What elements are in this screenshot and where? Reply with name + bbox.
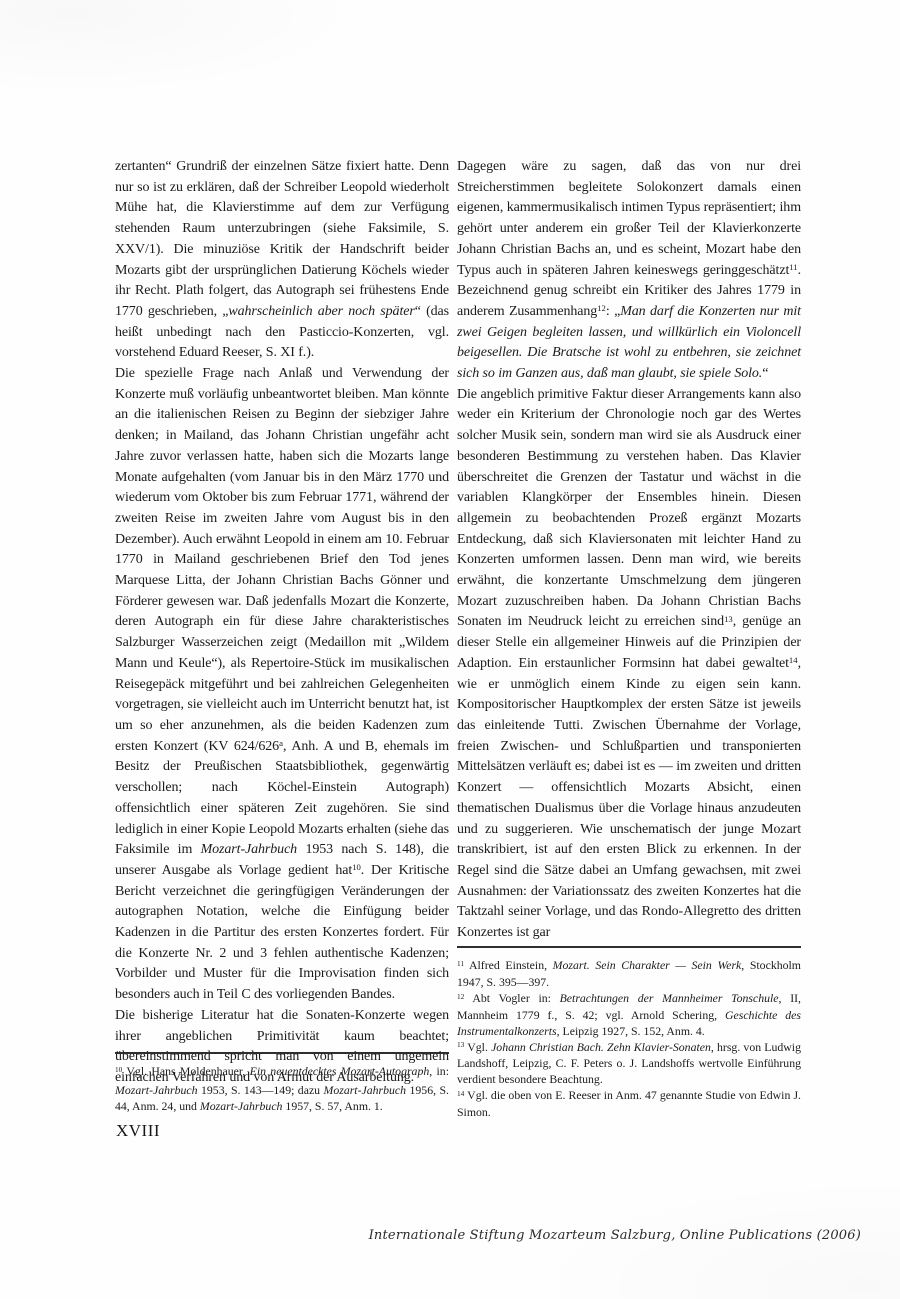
italic-text: Ein neuentdecktes Mozart-Autograph	[250, 1064, 430, 1078]
text-run: , in:	[429, 1064, 449, 1078]
text-run: . Der Kritische Bericht verzeichnet die …	[115, 863, 449, 1002]
right-column-footnotes: 11 Alfred Einstein, Mozart. Sein Charakt…	[457, 958, 801, 1121]
footnote-reference: 12	[457, 992, 464, 1001]
text-run: , Leipzig 1927, S. 152, Anm. 4.	[557, 1024, 705, 1038]
paragraph: zertanten“ Grundriß der einzelnen Sätze …	[115, 157, 449, 364]
footnote-separator-left	[115, 1052, 449, 1054]
footnote-reference: 14	[457, 1089, 464, 1098]
text-run: Vgl.	[464, 1040, 491, 1054]
footnote: 13 Vgl. Johann Christian Bach. Zehn Klav…	[457, 1040, 801, 1089]
italic-text: Betrachtungen der Mannheimer Tonschule	[560, 991, 779, 1005]
footnote-reference: 13	[457, 1040, 464, 1049]
italic-text: Mozart-Jahrbuch	[324, 1083, 407, 1097]
footnote-reference: 13	[724, 614, 733, 624]
text-run: Die spezielle Frage nach Anlaß und Verwe…	[115, 366, 449, 754]
document-page: zertanten“ Grundriß der einzelnen Sätze …	[0, 0, 900, 1299]
footnote-reference: a	[279, 738, 283, 748]
right-column-body: Dagegen wäre zu sagen, daß das von nur d…	[457, 157, 801, 944]
text-run: Dagegen wäre zu sagen, daß das von nur d…	[457, 159, 801, 278]
publication-footer: Internationale Stiftung Mozarteum Salzbu…	[369, 1228, 861, 1243]
italic-text: wahrscheinlich aber noch später	[228, 304, 414, 319]
footnote: 14 Vgl. die oben von E. Reeser in Anm. 4…	[457, 1088, 801, 1121]
footnote: 10 Vgl. Hans Moldenhauer, Ein neuentdeck…	[115, 1063, 449, 1115]
footnote: 12 Abt Vogler in: Betrachtungen der Mann…	[457, 991, 801, 1040]
text-run: , Anh. A und B, ehemals im Besitz der Pr…	[115, 739, 449, 858]
text-run: Abt Vogler in:	[464, 991, 559, 1005]
left-column-footnotes: 10 Vgl. Hans Moldenhauer, Ein neuentdeck…	[115, 1063, 449, 1115]
footnote-separator-right	[457, 946, 801, 948]
italic-text: Mozart. Sein Charakter — Sein Werk	[553, 958, 742, 972]
footnote-reference: 10	[352, 862, 361, 872]
italic-text: Mozart-Jahrbuch	[200, 1099, 283, 1113]
text-run: Vgl. die oben von E. Reeser in Anm. 47 g…	[457, 1088, 801, 1119]
italic-text: Mozart-Jahrbuch	[201, 842, 298, 857]
text-run: , wie er unmöglich einem Kinde zu eigen …	[457, 656, 801, 940]
paragraph: Die angeblich primitive Faktur dieser Ar…	[457, 385, 801, 944]
text-run: 1957, S. 57, Anm. 1.	[282, 1099, 382, 1113]
text-run: Vgl. Hans Moldenhauer,	[122, 1064, 249, 1078]
text-run: “	[762, 366, 768, 381]
footnote: 11 Alfred Einstein, Mozart. Sein Charakt…	[457, 958, 801, 991]
footnote-reference: 11	[457, 959, 464, 968]
text-run: 1953, S. 143—149; dazu	[198, 1083, 324, 1097]
paragraph: Die spezielle Frage nach Anlaß und Verwe…	[115, 364, 449, 1006]
italic-text: Mozart-Jahrbuch	[115, 1083, 198, 1097]
footnote-reference: 10	[115, 1065, 122, 1074]
text-run: Alfred Einstein,	[464, 958, 553, 972]
paragraph: Dagegen wäre zu sagen, daß das von nur d…	[457, 157, 801, 385]
italic-text: Johann Christian Bach. Zehn Klavier-Sona…	[491, 1040, 711, 1054]
text-run: Die angeblich primitive Faktur dieser Ar…	[457, 387, 801, 630]
left-column-body: zertanten“ Grundriß der einzelnen Sätze …	[115, 157, 449, 1089]
footnote-reference: 12	[597, 303, 606, 313]
page-number: XVIII	[116, 1121, 160, 1141]
footnote-reference: 11	[789, 262, 797, 272]
footnote-reference: 14	[789, 655, 798, 665]
text-run: : „	[606, 304, 620, 319]
text-run: zertanten“ Grundriß der einzelnen Sätze …	[115, 159, 449, 319]
